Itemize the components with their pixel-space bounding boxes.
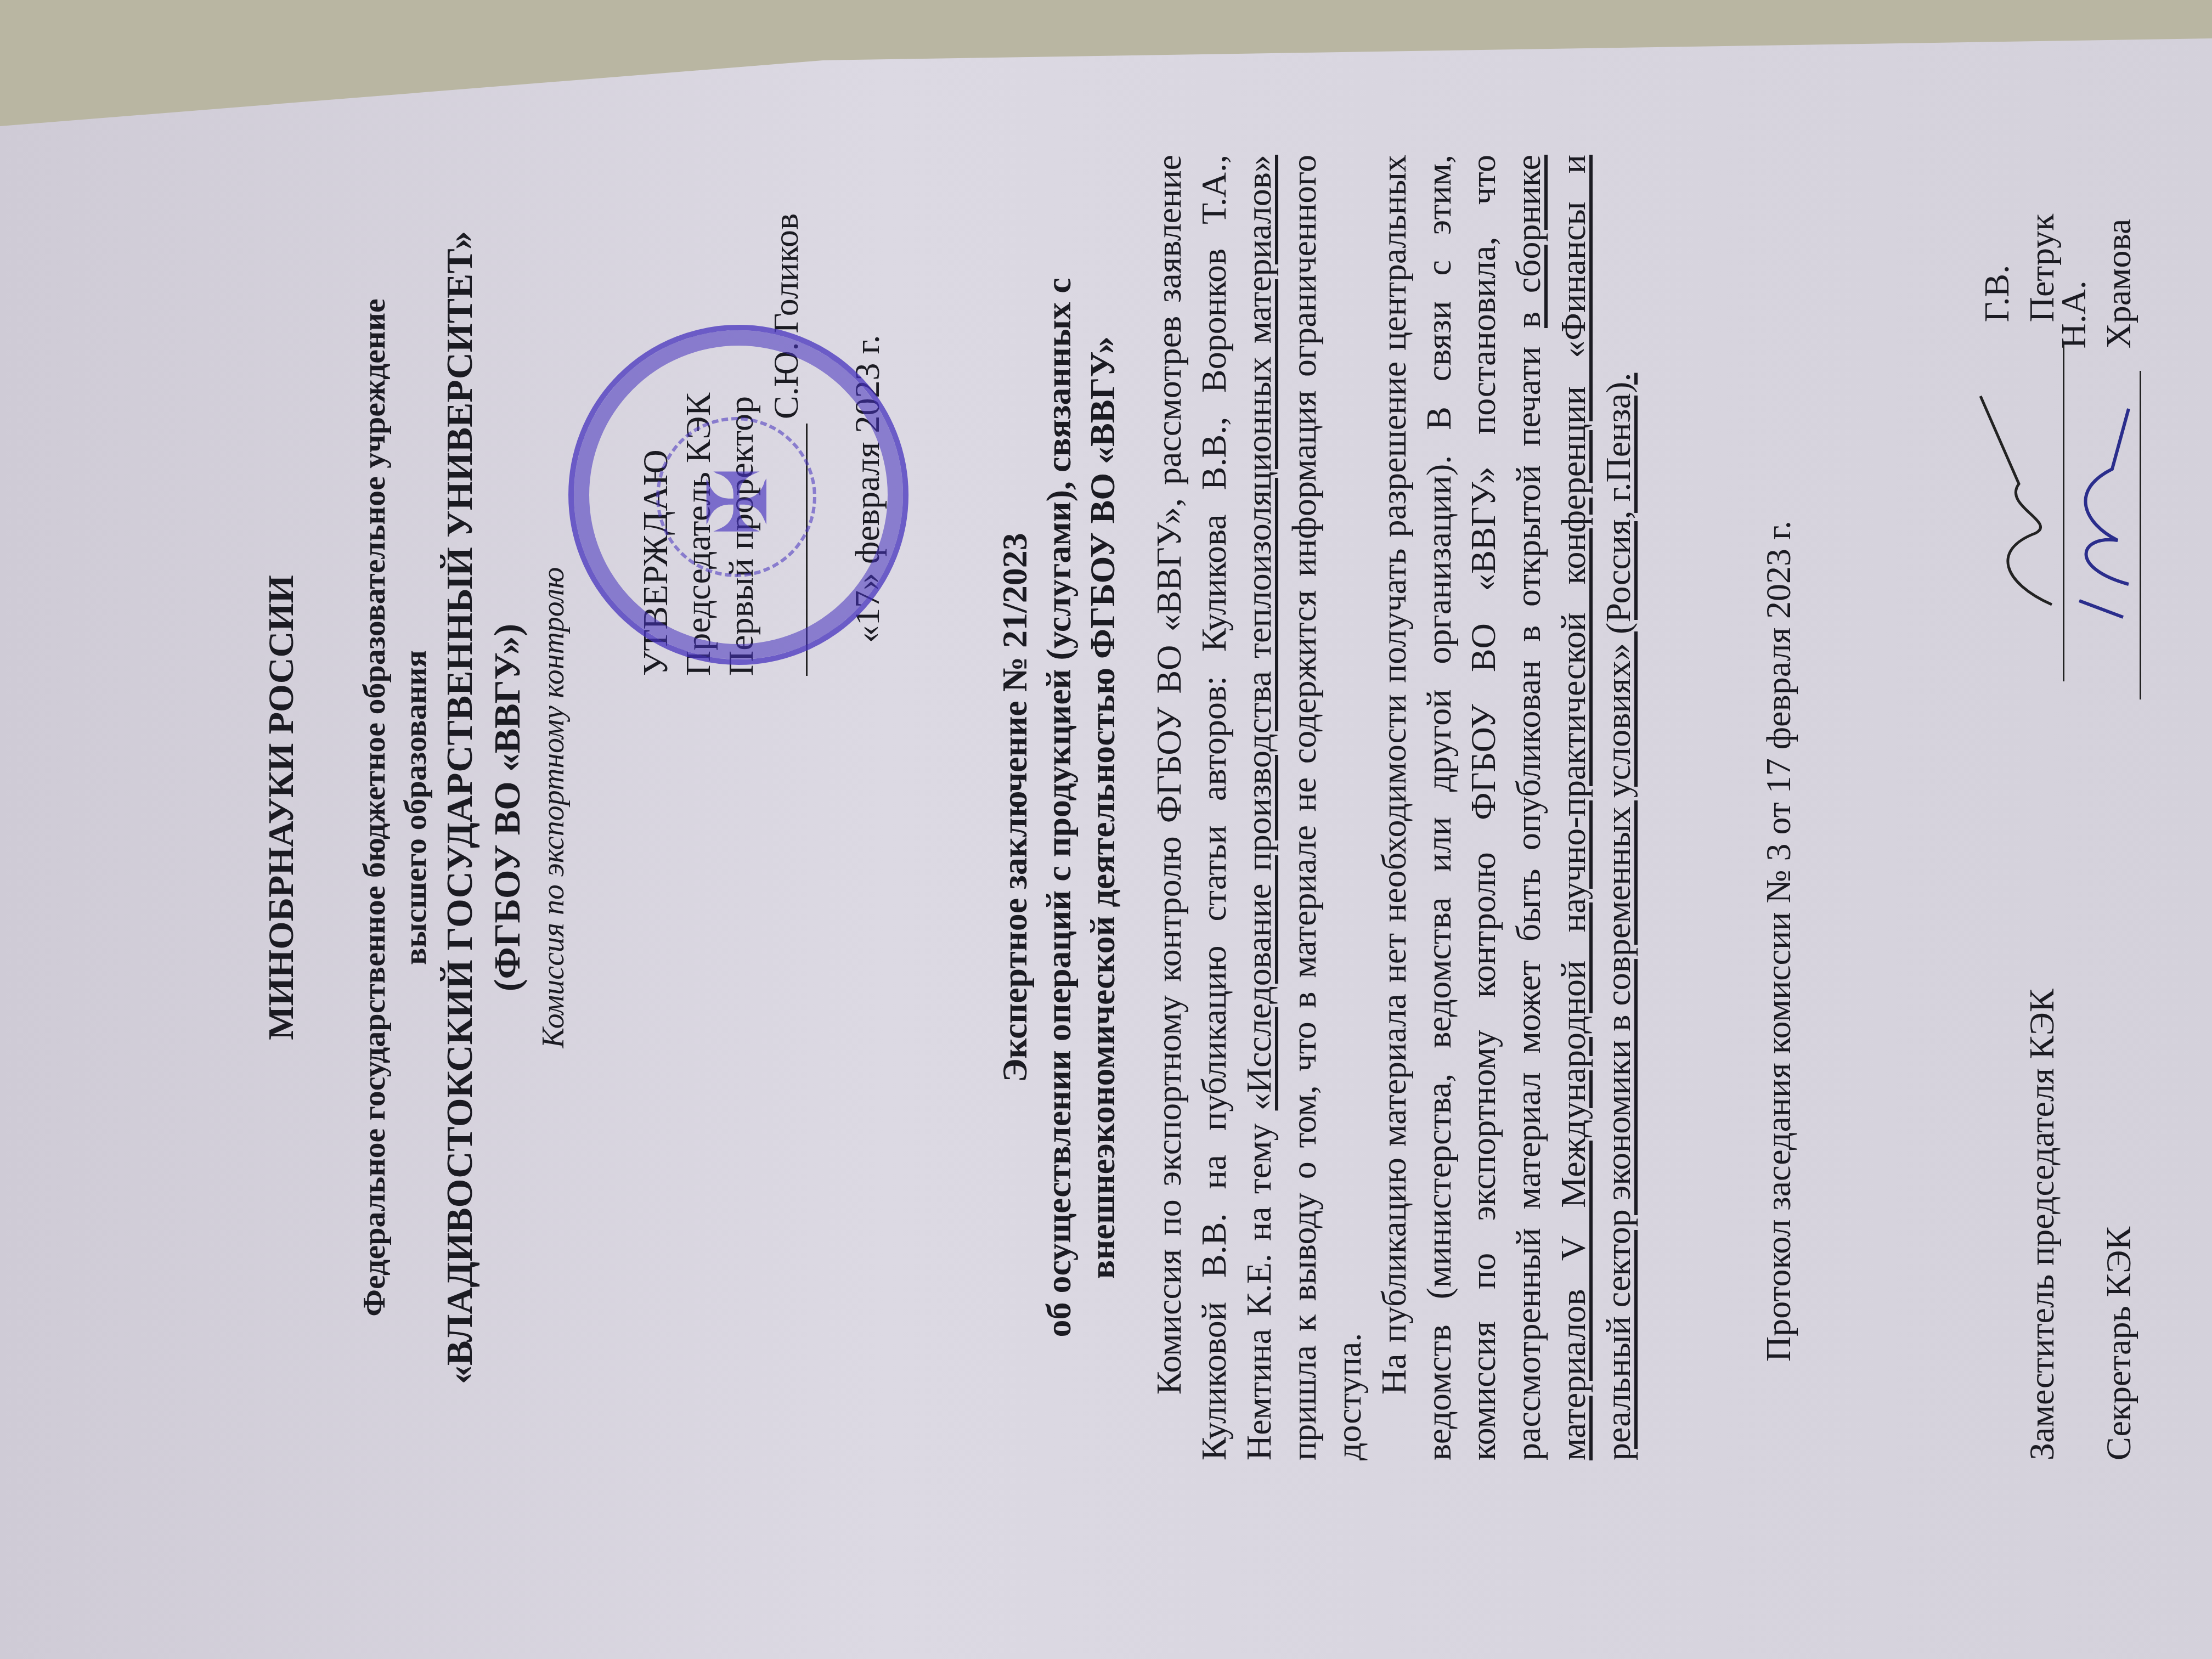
signature-line [2101,371,2141,700]
university-name: «ВЛАДИВОСТОКСКИЙ ГОСУДАРСТВЕННЫЙ УНИВЕРС… [436,155,483,1460]
handwritten-signature-icon [2046,403,2145,634]
title-line-1: Экспертное заключение № 21/2023 [993,155,1037,1460]
org-level: высшего образования [395,155,436,1460]
commission-name: Комиссия по экспортному контролю [534,155,574,1460]
paragraph-2: На публикацию материала нет необходимост… [1372,155,1641,1460]
title-line-2: об осуществлении операций с продукцией (… [1037,155,1081,1460]
document-page: МИНОБРНАУКИ РОССИИ Федеральное государст… [127,34,2129,1625]
signature-row-deputy: Заместитель председателя КЭК Г.В. Петрук [1988,155,2064,1460]
signer-name: Н.А. Храмова [2051,155,2141,349]
approval-signature-line: С.Ю. Голиков [765,155,808,676]
ministry-name: МИНОБРНАУКИ РОССИИ [258,155,304,1460]
document-body: Комиссия по экспортному контролю ФГБОУ В… [1147,155,1641,1460]
paragraph-2-text: На публикацию материала нет необходимост… [1374,155,1548,1460]
letterhead: МИНОБРНАУКИ РОССИИ Федеральное государст… [258,155,574,1460]
title-line-3: внешнеэкономической деятельностью ФГБОУ … [1081,155,1125,1460]
article-topic: «Исследование производства теплоизоляцио… [1239,155,1278,1110]
university-abbr: (ФГБОУ ВО «ВВГУ») [483,155,531,1460]
approver-name: С.Ю. Голиков [765,213,808,419]
signature-block: Заместитель председателя КЭК Г.В. Петрук… [1988,155,2141,1460]
signer-role: Секретарь КЭК [2096,699,2141,1460]
approval-date: «17» февраля 2023 г. [846,155,889,643]
signature-row-secretary: Секретарь КЭК Н.А. Храмова [2064,155,2141,1460]
approval-label: УТВЕРЖДАЮ [634,155,677,676]
approval-block: ✠ УТВЕРЖДАЮ Председатель КЭК Первый прор… [634,155,889,676]
approval-position-2: Первый проректор [720,155,763,676]
paragraph-1: Комиссия по экспортному контролю ФГБОУ В… [1147,155,1372,1460]
signer-role: Заместитель председателя КЭК [2019,681,2064,1460]
approval-position-1: Председатель КЭК [677,155,720,676]
protocol-reference: Протокол заседания комиссии № 3 от 17 фе… [1756,155,1801,1362]
signature-underline [773,424,808,676]
paragraph-1-conclusion: пришла к выводу о том, что в материале н… [1284,155,1368,1460]
org-type: Федеральное государственное бюджетное об… [354,155,394,1460]
document-title: Экспертное заключение № 21/2023 об осуще… [993,155,1125,1460]
